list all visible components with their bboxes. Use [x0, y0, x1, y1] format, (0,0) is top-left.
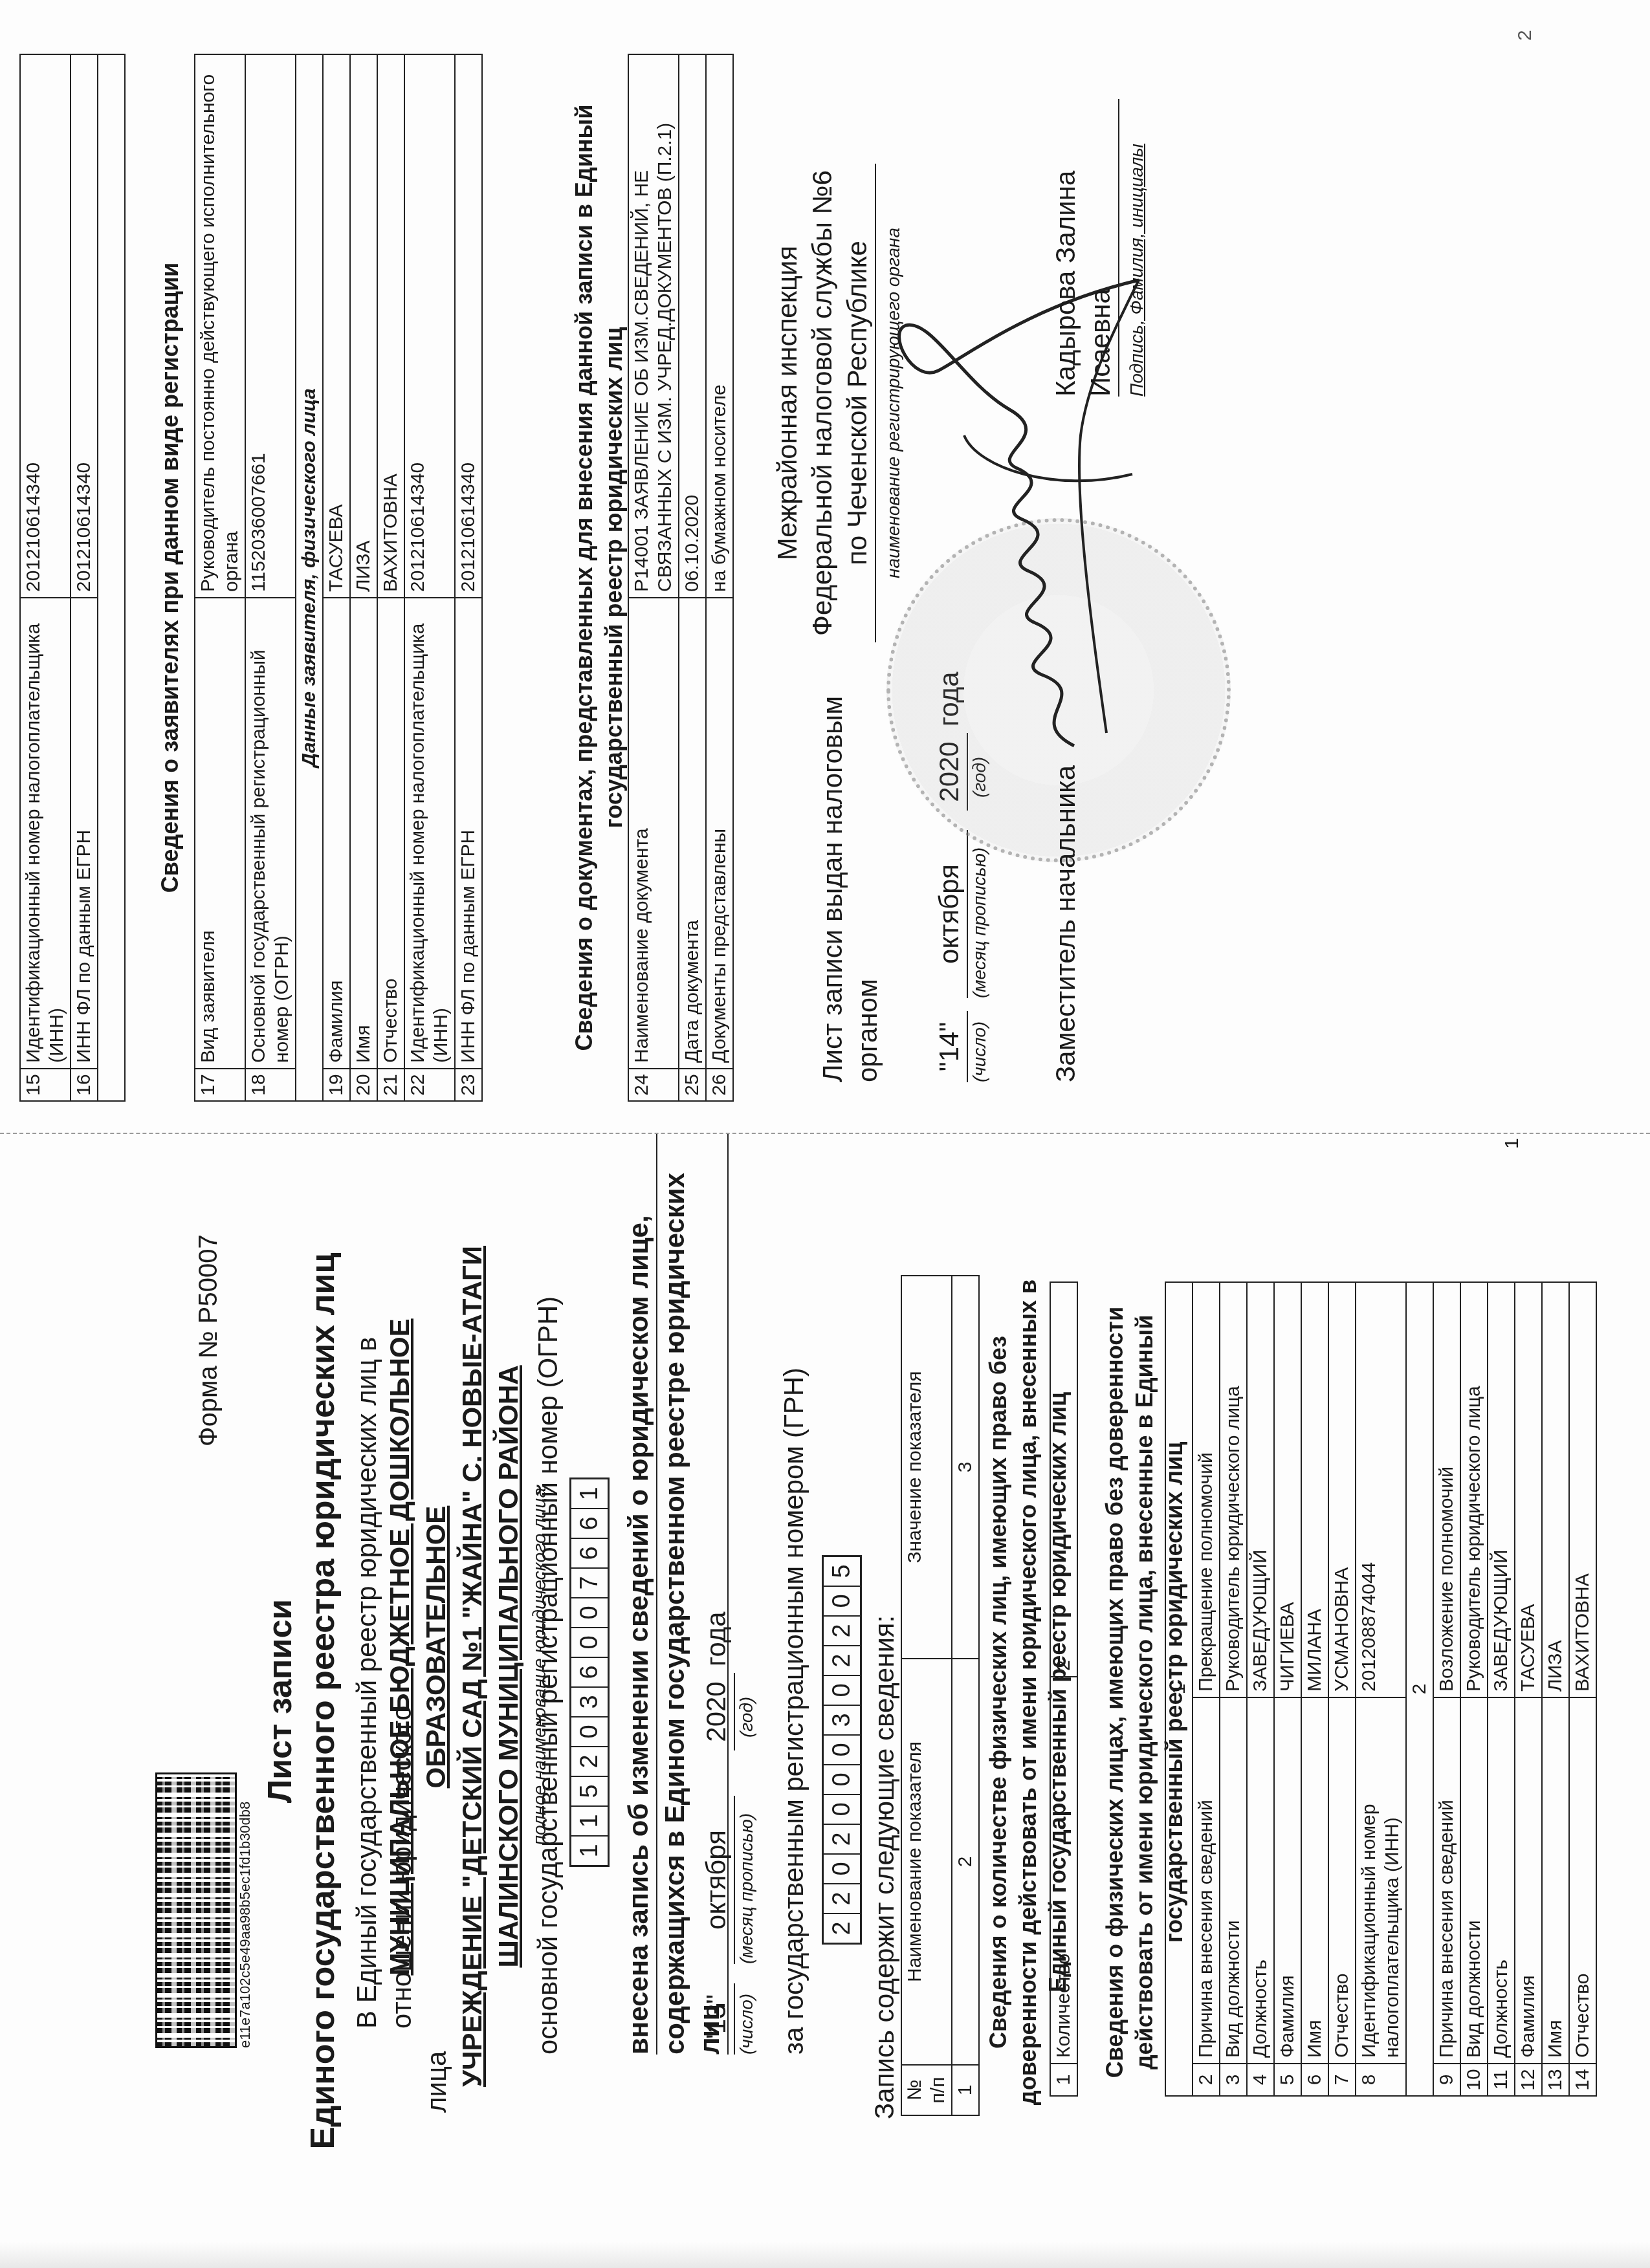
issue-date-month: октября: [932, 830, 968, 998]
header-table: № п/п Наименование показателя Значение п…: [901, 1275, 980, 2116]
scanned-document: e11e7a102c5e49aa98b5ec1fd1b30db8 Форма №…: [0, 0, 1650, 2268]
table-row: 18Основной государственный регистрационн…: [245, 54, 296, 1101]
row-num: 4: [1247, 2064, 1274, 2096]
signer-position: Заместитель начальника: [1048, 765, 1083, 1082]
empty-row: [98, 54, 125, 1101]
grn-digit: 2: [824, 1615, 860, 1645]
row-label: Имя: [1542, 1697, 1569, 2064]
table-row: 23ИНН ФЛ по данным ЕГРН201210614340: [455, 54, 482, 1101]
row-num: 12: [1515, 2064, 1542, 2096]
grn-digit: 0: [824, 1675, 860, 1705]
row-value: ВАХИТОВНА: [377, 54, 404, 598]
row-num: 21: [377, 1069, 404, 1101]
table-row: 21ОтчествоВАХИТОВНА: [377, 54, 404, 1101]
ogrn-digit: 0: [571, 1627, 608, 1657]
row-value: 201210614340: [20, 54, 71, 598]
row-label: Количество: [1050, 1677, 1077, 2064]
person-group-1-label: 1: [1165, 1282, 1193, 2096]
table-row: 5ФамилияЧИГИЕВА: [1274, 1282, 1301, 2096]
row-num: 22: [404, 1069, 455, 1101]
table-row: 4ДолжностьЗАВЕДУЮЩИЙ: [1247, 1282, 1274, 2096]
persons-table: 12Причина внесения сведенийПрекращение п…: [1165, 1281, 1597, 2097]
ogrn-digit: 6: [571, 1657, 608, 1686]
table-row: 26Документы представленына бумажном носи…: [706, 54, 733, 1101]
row-value: ВАХИТОВНА: [1569, 1282, 1596, 1697]
record-contains-label: Запись содержит следующие сведения:: [867, 1615, 902, 2119]
row-num: 24: [628, 1069, 679, 1101]
row-label: Причина внесения сведений: [1193, 1697, 1220, 2064]
row-label: Дата документа: [679, 598, 706, 1069]
grn-digit: 0: [824, 1764, 860, 1794]
row-num: 16: [71, 1069, 98, 1101]
row-label: Идентификационный номер налогоплательщик…: [1356, 1697, 1406, 2064]
row-label: Должность: [1488, 1697, 1515, 2064]
row-value: 201208874044: [1356, 1282, 1406, 1697]
ogrn-digit: 2: [571, 1746, 608, 1776]
table-row: 11ДолжностьЗАВЕДУЮЩИЙ: [1488, 1282, 1515, 2096]
table-row: 14ОтчествоВАХИТОВНА: [1569, 1282, 1596, 2096]
ogrn-digit: 5: [571, 1776, 608, 1805]
org-name-line-3: ШАЛИНСКОГО МУНИЦИПАЛЬНОГО РАЙОНА: [490, 1214, 527, 2119]
row-label: Вид должности: [1220, 1697, 1247, 2064]
applicant-person-subtitle: Данные заявителя, физического лица: [296, 54, 323, 1101]
entry-statement-line-1: внесена запись об изменении сведений о ю…: [621, 1134, 657, 2055]
row-value: Руководитель постоянно действующего испо…: [195, 54, 245, 598]
row-value: ТАСУЕВА: [1515, 1282, 1542, 1697]
row-value: МИЛАНА: [1301, 1282, 1328, 1697]
row-num: 3: [1220, 2064, 1247, 2096]
ogrn-digit: 1: [571, 1835, 608, 1865]
row-value: 201210614340: [404, 54, 455, 598]
row-value: Прекращение полномочий: [1193, 1282, 1220, 1697]
grn-digit: 2: [824, 1883, 860, 1913]
row-num: 7: [1328, 2064, 1356, 2096]
row-value: Возложение полномочий: [1433, 1282, 1460, 1697]
table-row: 2Причина внесения сведенийПрекращение по…: [1193, 1282, 1220, 2096]
row-value: ЧИГИЕВА: [1274, 1282, 1301, 1697]
row-label: Причина внесения сведений: [1433, 1697, 1460, 2064]
documents-table: 24Наименование документаР14001 ЗАЯВЛЕНИЕ…: [628, 54, 734, 1102]
issue-date-day: "14": [932, 1011, 968, 1082]
grn-label: за государственным регистрационным номер…: [776, 1368, 811, 2055]
grn-digit: 0: [824, 1794, 860, 1824]
row-num: 8: [1356, 2064, 1406, 2096]
table-row: 15Идентификационный номер налогоплательщ…: [20, 54, 71, 1101]
ogrn-digit: 6: [571, 1508, 608, 1538]
ogrn-digit: 0: [571, 1597, 608, 1627]
row-label: Наименование документа: [628, 598, 679, 1069]
ogrn-digit-box: 1152036007661: [569, 1477, 610, 1867]
row-label: Документы представлены: [706, 598, 733, 1069]
row-value: 2: [1050, 1282, 1077, 1677]
row-label: Идентификационный номер налогоплательщик…: [404, 598, 455, 1069]
issue-date-day-caption: (число): [969, 1021, 990, 1082]
table-row: 6ИмяМИЛАНА: [1301, 1282, 1328, 2096]
row-value: ТАСУЕВА: [323, 54, 350, 598]
grn-digit: 3: [824, 1705, 860, 1734]
title-line-2: Единого государственного реестра юридиче…: [302, 1134, 344, 2268]
ogrn-label: основной государственный регистрационный…: [531, 1296, 566, 2055]
row-num: 19: [323, 1069, 350, 1101]
row-num: 10: [1460, 2064, 1488, 2096]
header-col-value: Значение показателя: [901, 1276, 952, 1659]
row-label: Фамилия: [1274, 1697, 1301, 2064]
row-num: 25: [679, 1069, 706, 1101]
row-num: 11: [1488, 2064, 1515, 2096]
header-num-2: 2: [952, 1659, 979, 2065]
grn-digit: 2: [824, 1824, 860, 1853]
ogrn-digit: 1: [571, 1479, 608, 1508]
signer-caption: Подпись, Фамилия, инициалы: [1119, 99, 1154, 397]
table-row: 22Идентификационный номер налогоплательщ…: [404, 54, 455, 1101]
row-num: 2: [1193, 2064, 1220, 2096]
barcode-block: e11e7a102c5e49aa98b5ec1fd1b30db8: [155, 1772, 254, 2048]
grn-digit: 5: [824, 1557, 860, 1586]
page-title: Лист записи Единого государственного рее…: [259, 1134, 344, 2268]
table-row: 20ИмяЛИЗА: [350, 54, 377, 1101]
table-row: 10Вид должностиРуководитель юридического…: [1460, 1282, 1488, 2096]
ogrn-digit: 0: [571, 1716, 608, 1746]
row-label: Должность: [1247, 1697, 1274, 2064]
row-label: Вид должности: [1460, 1697, 1488, 2064]
applicant-person-subtitle-label: Данные заявителя, физического лица: [296, 54, 323, 1101]
row-label: Фамилия: [323, 598, 350, 1069]
entry-date-year-suffix: года: [699, 1611, 734, 1666]
row-label: ИНН ФЛ по данным ЕГРН: [455, 598, 482, 1069]
table-row: 19ФамилияТАСУЕВА: [323, 54, 350, 1101]
table-row: 24Наименование документаР14001 ЗАЯВЛЕНИЕ…: [628, 54, 679, 1101]
form-number: Форма № Р50007: [194, 1234, 223, 1446]
ogrn-digit: 7: [571, 1567, 608, 1597]
row-value: 201210614340: [71, 54, 98, 598]
grn-digit: 2: [824, 1913, 860, 1943]
row-num: 1: [1050, 2064, 1077, 2096]
grn-digit: 0: [824, 1734, 860, 1764]
row-label: Фамилия: [1515, 1697, 1542, 2064]
grn-digit: 0: [824, 1586, 860, 1615]
page-number-2: 2: [1514, 30, 1536, 41]
row-value: УСМАНОВНА: [1328, 1282, 1356, 1697]
person-continuation-table: 15Идентификационный номер налогоплательщ…: [19, 54, 126, 1102]
row-num: 23: [455, 1069, 482, 1101]
table-row: 13ИмяЛИЗА: [1542, 1282, 1569, 2096]
org-name: МУНИЦИПАЛЬНОЕ БЮДЖЕТНОЕ ДОШКОЛЬНОЕ ОБРАЗ…: [382, 1214, 550, 2119]
row-value: 06.10.2020: [679, 54, 706, 598]
empty-cell: [98, 54, 125, 1101]
row-num: 17: [195, 1069, 245, 1101]
row-value: Руководитель юридического лица: [1460, 1282, 1488, 1697]
header-col-num: № п/п: [901, 2065, 952, 2115]
title-line-1: Лист записи: [259, 1134, 302, 2268]
person-group-2-label: 2: [1406, 1282, 1433, 2096]
ogrn-digit: 3: [571, 1686, 608, 1716]
row-value: ЗАВЕДУЮЩИЙ: [1247, 1282, 1274, 1697]
row-num: 13: [1542, 2064, 1569, 2096]
row-num: 18: [245, 1069, 296, 1101]
row-label: Вид заявителя: [195, 598, 245, 1069]
row-label: Идентификационный номер налогоплательщик…: [20, 598, 71, 1069]
row-label: Отчество: [377, 598, 404, 1069]
entry-date-year: 2020: [699, 1673, 735, 1750]
row-label: Имя: [1301, 1697, 1328, 2064]
table-row: 7ОтчествоУСМАНОВНА: [1328, 1282, 1356, 2096]
row-label: Отчество: [1569, 1697, 1596, 2064]
page-1: e11e7a102c5e49aa98b5ec1fd1b30db8 Форма №…: [0, 1134, 1650, 2268]
header-col-name: Наименование показателя: [901, 1659, 952, 2065]
entry-date-day-caption: (число): [736, 1994, 757, 2055]
table-row: 3Вид должностиРуководитель юридического …: [1220, 1282, 1247, 2096]
applicants-table: 17Вид заявителяРуководитель постоянно де…: [194, 54, 483, 1102]
table-row: 16ИНН ФЛ по данным ЕГРН201210614340: [71, 54, 98, 1101]
ogrn-digit: 1: [571, 1805, 608, 1835]
entry-date-month: октября: [699, 1796, 735, 1964]
row-num: 6: [1301, 2064, 1328, 2096]
page-2: 15Идентификационный номер налогоплательщ…: [0, 0, 1650, 1134]
grn-digit-box: 2202000302205: [822, 1555, 862, 1945]
row-num: 5: [1274, 2064, 1301, 2096]
ogrn-digit: 6: [571, 1538, 608, 1567]
org-name-line-2: УЧРЕЖДЕНИЕ "ДЕТСКИЙ САД №1 "ЖАЙНА" С. НО…: [454, 1214, 490, 2119]
row-value: на бумажном носителе: [706, 54, 733, 598]
grn-digit: 0: [824, 1853, 860, 1883]
entry-date: "13" октября 2020 года (число) (месяц пр…: [699, 1472, 764, 2055]
person-group-1: 1: [1165, 1282, 1193, 2096]
header-num-1: 1: [952, 2065, 979, 2115]
row-num: 26: [706, 1069, 733, 1101]
row-value: ЗАВЕДУЮЩИЙ: [1488, 1282, 1515, 1697]
table-row: 8Идентификационный номер налогоплательщи…: [1356, 1282, 1406, 2096]
entry-date-year-caption: (год): [736, 1697, 757, 1738]
barcode-text: e11e7a102c5e49aa98b5ec1fd1b30db8: [237, 1772, 254, 2048]
signer-name: Кадырова Залина Исаевна: [1048, 99, 1119, 397]
row-label: Основной государственный регистрационный…: [245, 598, 296, 1069]
row-value: Руководитель юридического лица: [1220, 1282, 1247, 1697]
header-num-3: 3: [952, 1276, 979, 1659]
table-row: 9Причина внесения сведенийВозложение пол…: [1433, 1282, 1460, 2096]
grn-digit: 2: [824, 1645, 860, 1675]
table-row: 17Вид заявителяРуководитель постоянно де…: [195, 54, 245, 1101]
org-name-line-1: МУНИЦИПАЛЬНОЕ БЮДЖЕТНОЕ ДОШКОЛЬНОЕ ОБРАЗ…: [382, 1214, 454, 2119]
signer-block: Кадырова Залина Исаевна Подпись, Фамилия…: [1048, 99, 1154, 397]
row-label: Имя: [350, 598, 377, 1069]
table-row: 25Дата документа06.10.2020: [679, 54, 706, 1101]
applicants-title: Сведения о заявителях при данном виде ре…: [155, 54, 185, 1102]
documents-title: Сведения о документах, представленных дл…: [569, 54, 629, 1102]
row-num: 14: [1569, 2064, 1596, 2096]
row-num: 9: [1433, 2064, 1460, 2096]
entry-date-day: "13": [699, 1983, 735, 2055]
row-value: 201210614340: [455, 54, 482, 598]
row-value: ЛИЗА: [350, 54, 377, 598]
row-value: ЛИЗА: [1542, 1282, 1569, 1697]
row-num: 20: [350, 1069, 377, 1101]
row-label: Отчество: [1328, 1697, 1356, 2064]
entry-date-month-caption: (месяц прописью): [736, 1813, 757, 1964]
person-group-2: 2: [1406, 1282, 1433, 2096]
count-table: 1 Количество 2: [1050, 1281, 1078, 2097]
count-row: 1 Количество 2: [1050, 1282, 1077, 2096]
row-value: 1152036007661: [245, 54, 296, 598]
row-value: Р14001 ЗАЯВЛЕНИЕ ОБ ИЗМ.СВЕДЕНИЙ, НЕ СВЯ…: [628, 54, 679, 598]
row-num: 15: [20, 1069, 71, 1101]
row-label: ИНН ФЛ по данным ЕГРН: [71, 598, 98, 1069]
barcode-image: [155, 1772, 237, 2048]
page-number-1: 1: [1501, 1138, 1523, 1149]
table-row: 12ФамилияТАСУЕВА: [1515, 1282, 1542, 2096]
issue-date-month-caption: (месяц прописью): [969, 847, 990, 998]
